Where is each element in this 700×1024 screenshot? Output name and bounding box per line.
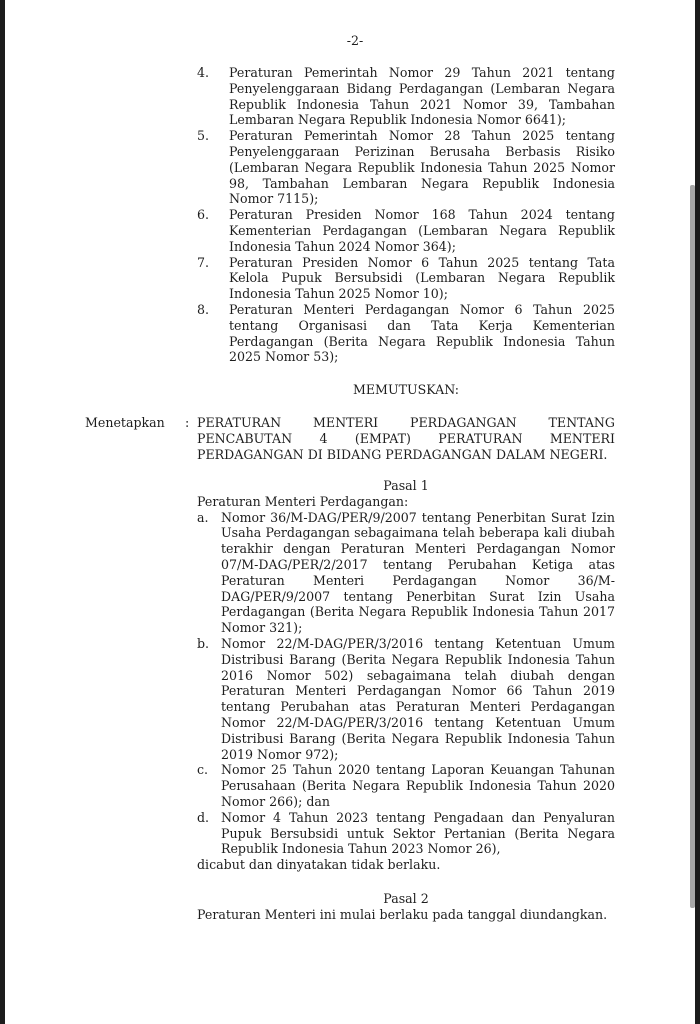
list-item: 6. Peraturan Presiden Nomor 168 Tahun 20… (197, 207, 615, 254)
item-letter: c. (197, 762, 221, 809)
item-text: Nomor 4 Tahun 2023 tentang Pengadaan dan… (221, 810, 615, 857)
page-number: -2- (5, 33, 695, 49)
item-text: Peraturan Pemerintah Nomor 29 Tahun 2021… (229, 65, 615, 128)
pasal-2-title: Pasal 2 (197, 891, 615, 907)
list-item: 8. Peraturan Menteri Perdagangan Nomor 6… (197, 302, 615, 365)
item-number: 7. (197, 255, 229, 302)
list-item: b. Nomor 22/M-DAG/PER/3/2016 tentang Ket… (197, 636, 615, 762)
item-text: Peraturan Pemerintah Nomor 28 Tahun 2025… (229, 128, 615, 207)
considerations-list: 4. Peraturan Pemerintah Nomor 29 Tahun 2… (197, 65, 615, 365)
pasal-1-section: Pasal 1 Peraturan Menteri Perdagangan: a… (197, 478, 615, 873)
pasal-2-section: Pasal 2 Peraturan Menteri ini mulai berl… (197, 891, 615, 923)
item-text: Peraturan Menteri Perdagangan Nomor 6 Ta… (229, 302, 615, 365)
menetapkan-colon: : (185, 415, 189, 431)
menetapkan-text: PERATURAN MENTERI PERDAGANGAN TENTANG PE… (197, 415, 615, 462)
memutuskan-heading: MEMUTUSKAN: (197, 382, 615, 398)
pasal-1-closing: dicabut dan dinyatakan tidak berlaku. (197, 857, 615, 873)
list-item: 7. Peraturan Presiden Nomor 6 Tahun 2025… (197, 255, 615, 302)
item-letter: b. (197, 636, 221, 762)
item-letter: a. (197, 510, 221, 636)
item-text: Nomor 36/M-DAG/PER/9/2007 tentang Penerb… (221, 510, 615, 636)
item-number: 5. (197, 128, 229, 207)
list-item: 4. Peraturan Pemerintah Nomor 29 Tahun 2… (197, 65, 615, 128)
menetapkan-label: Menetapkan (85, 415, 165, 431)
document-page: -2- 4. Peraturan Pemerintah Nomor 29 Tah… (5, 0, 695, 1024)
item-text: Nomor 25 Tahun 2020 tentang Laporan Keua… (221, 762, 615, 809)
list-item: d. Nomor 4 Tahun 2023 tentang Pengadaan … (197, 810, 615, 857)
item-text: Nomor 22/M-DAG/PER/3/2016 tentang Ketent… (221, 636, 615, 762)
item-number: 6. (197, 207, 229, 254)
pasal-1-title: Pasal 1 (197, 478, 615, 494)
list-item: 5. Peraturan Pemerintah Nomor 28 Tahun 2… (197, 128, 615, 207)
vertical-scrollbar[interactable] (690, 185, 695, 908)
item-letter: d. (197, 810, 221, 857)
item-number: 4. (197, 65, 229, 128)
item-text: Peraturan Presiden Nomor 6 Tahun 2025 te… (229, 255, 615, 302)
list-item: c. Nomor 25 Tahun 2020 tentang Laporan K… (197, 762, 615, 809)
pasal-2-text: Peraturan Menteri ini mulai berlaku pada… (197, 907, 615, 923)
pasal-1-intro: Peraturan Menteri Perdagangan: (197, 494, 615, 510)
item-number: 8. (197, 302, 229, 365)
item-text: Peraturan Presiden Nomor 168 Tahun 2024 … (229, 207, 615, 254)
list-item: a. Nomor 36/M-DAG/PER/9/2007 tentang Pen… (197, 510, 615, 636)
